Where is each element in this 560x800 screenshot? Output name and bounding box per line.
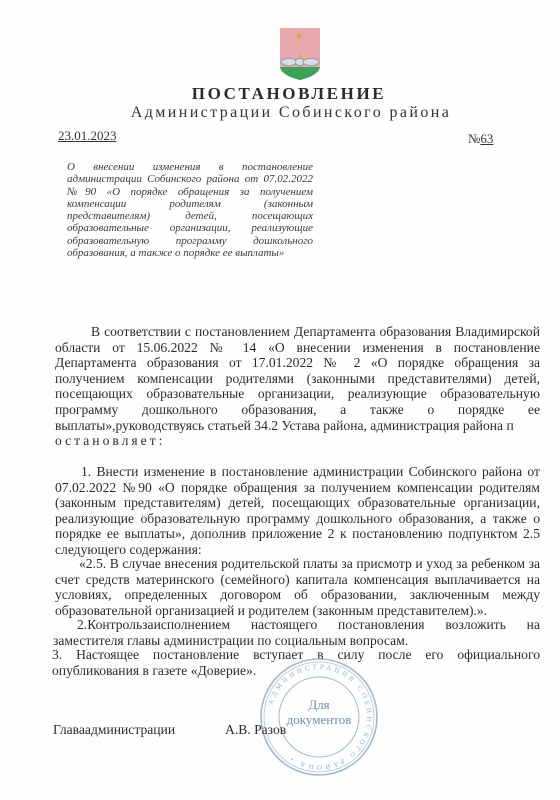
number-value: 63 bbox=[480, 131, 493, 146]
document-page: ПОСТАНОВЛЕНИЕ Администрации Собинского р… bbox=[0, 0, 560, 800]
signatory-position: Главаадминистрации bbox=[53, 722, 175, 738]
subject-line: О внесении изменения в постановление bbox=[67, 161, 313, 173]
subject-line: №90 «О порядке обращения за получением bbox=[67, 186, 313, 198]
number-prefix: № bbox=[468, 131, 480, 146]
document-date: 23.01.2023 bbox=[58, 128, 117, 144]
stamp-text-line1: Для bbox=[258, 698, 380, 712]
preamble-text: В соответствии с постановлением Департам… bbox=[55, 324, 540, 433]
decree-item-1: 1. Внести изменение в постановление адми… bbox=[55, 464, 540, 558]
coat-of-arms-icon bbox=[278, 26, 322, 82]
decree-word: остановляет: bbox=[55, 433, 165, 448]
document-type-title: ПОСТАНОВЛЕНИЕ bbox=[0, 84, 560, 104]
subject-line: администрации Собинского района от 07.02… bbox=[67, 173, 313, 185]
signatory-name: А.В. Разов bbox=[225, 722, 286, 738]
decree-item-2: 2.Контрользаисполнением настоящего поста… bbox=[53, 617, 540, 648]
document-number: №63 bbox=[468, 131, 493, 147]
subject-line: образования, а также о порядке ее выплат… bbox=[67, 247, 313, 259]
subject-line: образовательные организации, реализующие bbox=[67, 222, 313, 234]
subject-line: компенсации родителям (законным bbox=[67, 198, 313, 210]
document-subject: О внесении изменения в постановление адм… bbox=[67, 161, 313, 259]
subject-line: образовательную программу дошкольного bbox=[67, 235, 313, 247]
decree-subitem-2-5: «2.5. В случае внесения родительской пла… bbox=[55, 556, 540, 618]
subject-line: представителям) детей, посещающих bbox=[67, 210, 313, 222]
issuing-authority: Администрации Собинского района bbox=[0, 104, 560, 122]
preamble-paragraph: В соответствии с постановлением Департам… bbox=[55, 324, 540, 449]
